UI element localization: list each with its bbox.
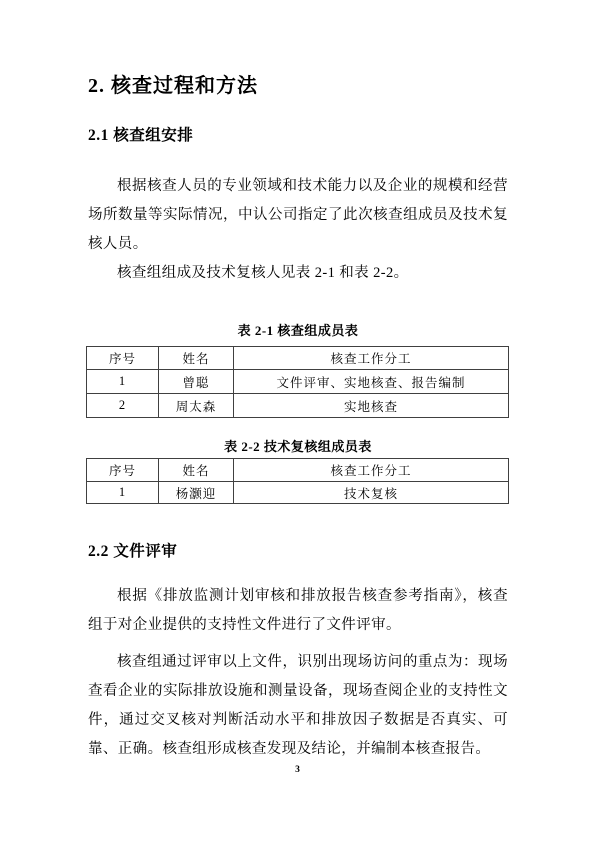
column-header-name: 姓名 [159, 347, 234, 370]
verification-team-table: 序号 姓名 核查工作分工 1 曾聪 文件评审、实地核查、报告编制 2 周太森 实… [86, 346, 509, 418]
paragraph-document-review: 根据《排放监测计划审核和排放报告核查参考指南》，核查组于对企业提供的支持性文件进… [88, 582, 508, 640]
cell-duty: 文件评审、实地核查、报告编制 [234, 370, 509, 394]
column-header-index: 序号 [87, 459, 159, 482]
paragraph-table-reference: 核查组组成及技术复核人见表 2-1 和表 2-2。 [88, 259, 508, 288]
technical-review-team-table: 序号 姓名 核查工作分工 1 杨灏迎 技术复核 [86, 458, 509, 504]
cell-name: 曾聪 [159, 370, 234, 394]
cell-name: 杨灏迎 [159, 482, 234, 504]
page-number: 3 [0, 765, 595, 775]
cell-index: 2 [87, 394, 159, 418]
cell-index: 1 [87, 482, 159, 504]
cell-duty: 技术复核 [234, 482, 509, 504]
section-heading-2: 2. 核查过程和方法 [88, 73, 508, 99]
column-header-name: 姓名 [159, 459, 234, 482]
cell-index: 1 [87, 370, 159, 394]
table-row: 1 曾聪 文件评审、实地核查、报告编制 [87, 370, 509, 394]
table-row: 1 杨灏迎 技术复核 [87, 482, 509, 504]
column-header-duty: 核查工作分工 [234, 347, 509, 370]
column-header-index: 序号 [87, 347, 159, 370]
subsection-heading-2-2: 2.2 文件评审 [88, 542, 508, 562]
table-2-1-caption: 表 2-1 核查组成员表 [88, 322, 508, 340]
subsection-heading-2-1: 2.1 核查组安排 [88, 126, 508, 146]
table-header-row: 序号 姓名 核查工作分工 [87, 459, 509, 482]
cell-duty: 实地核查 [234, 394, 509, 418]
column-header-duty: 核查工作分工 [234, 459, 509, 482]
table-2-2-caption: 表 2-2 技术复核组成员表 [88, 438, 508, 456]
table-header-row: 序号 姓名 核查工作分工 [87, 347, 509, 370]
table-row: 2 周太森 实地核查 [87, 394, 509, 418]
cell-name: 周太森 [159, 394, 234, 418]
document-page: 2. 核查过程和方法 2.1 核查组安排 根据核查人员的专业领域和技术能力以及企… [0, 0, 595, 842]
page-content: 2. 核查过程和方法 2.1 核查组安排 根据核查人员的专业领域和技术能力以及企… [88, 0, 508, 764]
paragraph-review-findings: 核查组通过评审以上文件，识别出现场访问的重点为：现场查看企业的实际排放设施和测量… [88, 648, 508, 764]
paragraph-team-arrangement: 根据核查人员的专业领域和技术能力以及企业的规模和经营场所数量等实际情况，中认公司… [88, 172, 508, 259]
